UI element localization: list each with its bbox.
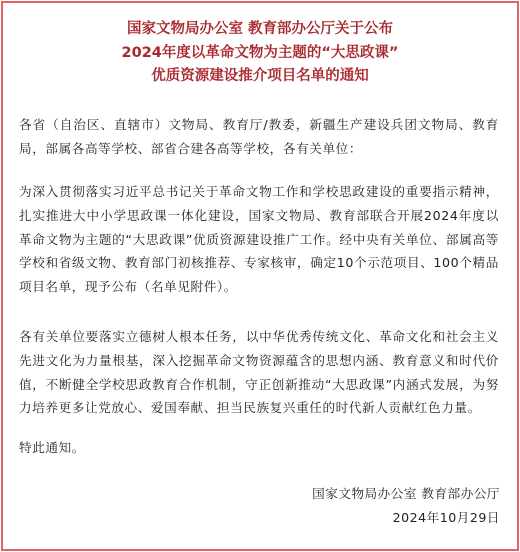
title-line-1: 国家文物局办公室 教育部办公厅关于公布 <box>0 18 520 42</box>
signature-date: 2024年10月29日 <box>393 508 500 528</box>
title-line-2: 2024年度以革命文物为主题的“大思政课” <box>0 42 520 66</box>
body-paragraph-announcement: 为深入贯彻落实习近平总书记关于革命文物工作和学校思政建设的重要指示精神，扎实推进… <box>19 180 499 299</box>
title-line-3: 优质资源建设推介项目名单的通知 <box>0 65 520 89</box>
closing-paragraph: 特此通知。 <box>19 436 499 460</box>
salutation-paragraph: 各省（自治区、直辖市）文物局、教育厅/教委，新疆生产建设兵团文物局、教育局，部属… <box>19 113 499 161</box>
document-title: 国家文物局办公室 教育部办公厅关于公布 2024年度以革命文物为主题的“大思政课… <box>0 18 520 89</box>
body-paragraph-requirements: 各有关单位要落实立德树人根本任务，以中华优秀传统文化、革命文化和社会主义先进文化… <box>19 325 499 420</box>
signature-organizations: 国家文物局办公室 教育部办公厅 <box>312 484 500 504</box>
